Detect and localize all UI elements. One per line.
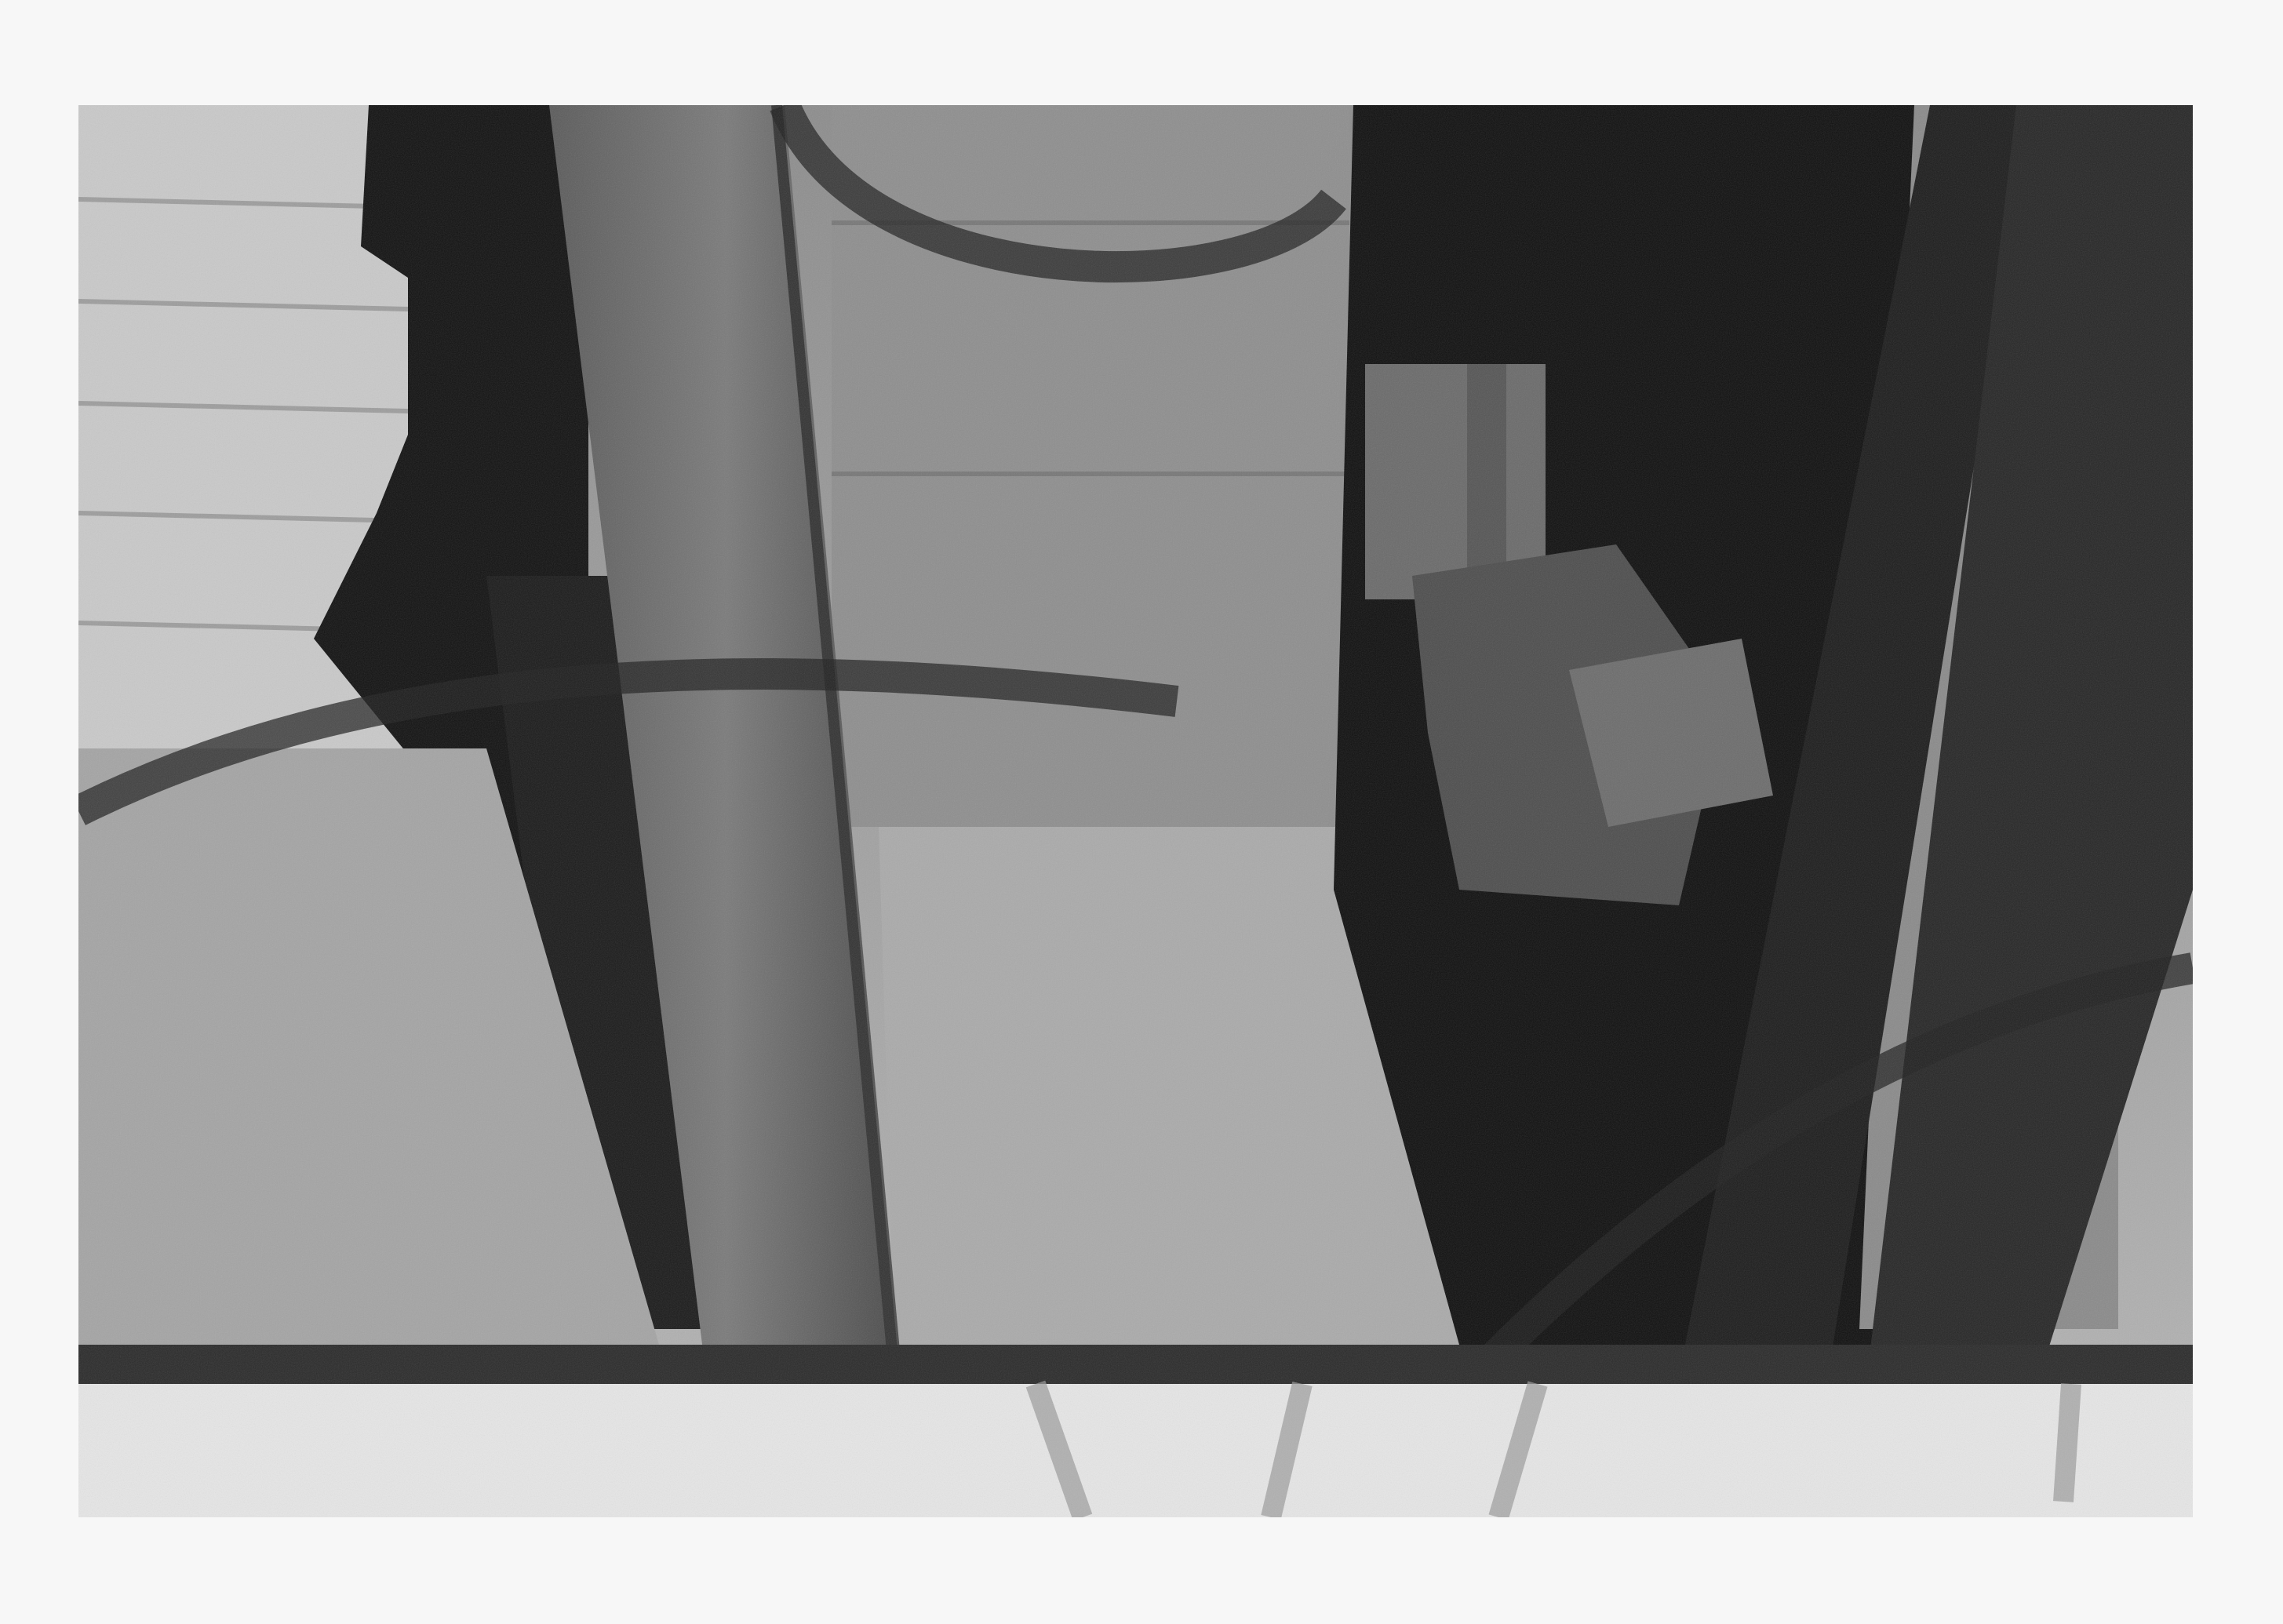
film-grain (78, 105, 2193, 1517)
photo-scene (78, 105, 2193, 1517)
photograph (78, 105, 2193, 1517)
